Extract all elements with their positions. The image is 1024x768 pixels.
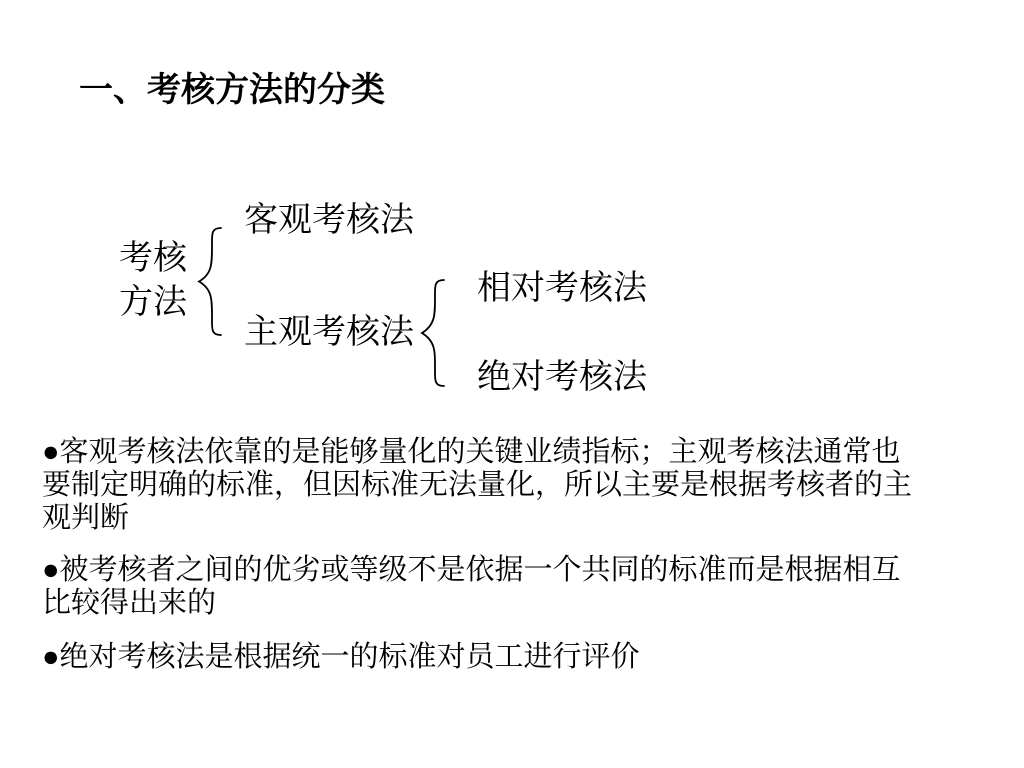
bullet-line: 要制定明确的标准，但因标准无法量化，所以主要是根据考核者的主 xyxy=(42,469,912,502)
curly-brace-icon xyxy=(419,278,446,388)
diagram-root-label: 考核 方法 xyxy=(119,236,187,324)
curly-brace-icon xyxy=(196,226,223,337)
bullet-item: ●被考核者之间的优劣或等级不是依据一个共同的标准而是根据相互 比较得出来的 xyxy=(42,554,901,620)
bullet-line: ●绝对考核法是根据统一的标准对员工进行评价 xyxy=(42,641,640,674)
diagram-node-relative: 相对考核法 xyxy=(477,271,647,305)
diagram-root-line2: 方法 xyxy=(119,283,187,321)
diagram-node-subjective: 主观考核法 xyxy=(244,315,414,349)
bullet-line: ●被考核者之间的优劣或等级不是依据一个共同的标准而是根据相互 xyxy=(42,554,901,587)
diagram-node-objective: 客观考核法 xyxy=(244,203,414,237)
bullet-line: 观判断 xyxy=(42,502,912,535)
bullet-line: ●客观考核法依靠的是能够量化的关键业绩指标；主观考核法通常也 xyxy=(42,436,912,469)
page-title: 一、考核方法的分类 xyxy=(79,73,385,107)
bullet-line: 比较得出来的 xyxy=(42,587,901,620)
bullet-item: ●绝对考核法是根据统一的标准对员工进行评价 xyxy=(42,641,640,674)
diagram-node-absolute: 绝对考核法 xyxy=(477,360,647,394)
bullet-item: ●客观考核法依靠的是能够量化的关键业绩指标；主观考核法通常也 要制定明确的标准，… xyxy=(42,436,912,535)
diagram-root-line1: 考核 xyxy=(119,239,187,277)
presentation-slide: 一、考核方法的分类 考核 方法 客观考核法 主观考核法 相对考核法 绝对考核法 … xyxy=(0,0,1024,768)
